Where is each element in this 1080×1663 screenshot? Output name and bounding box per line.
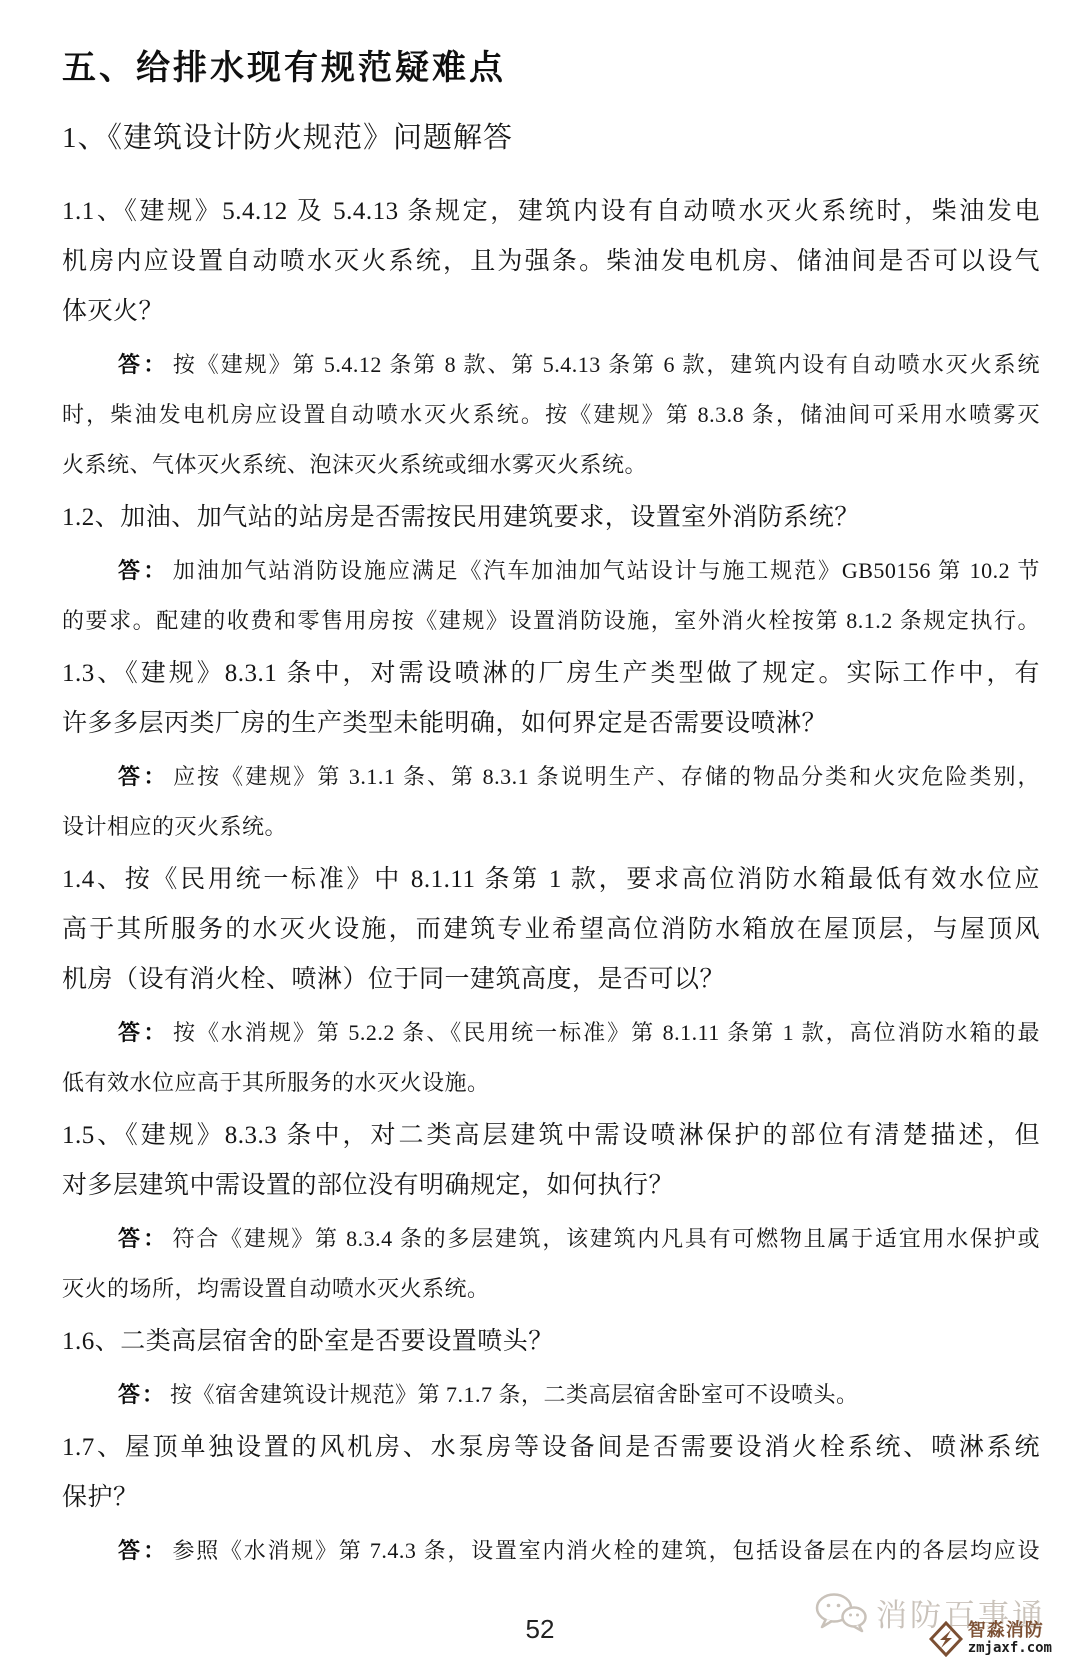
answer-paragraph: 答：按《宿舍建筑设计规范》第 7.1.7 条，二类高层宿舍卧室可不设喷头。 bbox=[62, 1370, 1040, 1420]
answer-label: 答： bbox=[118, 1538, 169, 1563]
answer-paragraph: 答：按《水消规》第 5.2.2 条、《民用统一标准》第 8.1.11 条第 1 … bbox=[62, 1008, 1040, 1108]
answer-label: 答： bbox=[118, 352, 169, 377]
text-line: 答：应按《建规》第 3.1.1 条、第 8.3.1 条说明生产、存储的物品分类和… bbox=[62, 752, 1040, 802]
answer-paragraph: 答：加油加气站消防设施应满足《汽车加油加气站设计与施工规范》GB50156 第 … bbox=[62, 546, 1040, 646]
question-paragraph: 1.2、加油、加气站的站房是否需按民用建筑要求，设置室外消防系统？ bbox=[62, 493, 1040, 543]
document-content: 五、给排水现有规范疑难点 1、《建筑设计防火规范》问题解答 1.1、《建规》5.… bbox=[0, 0, 1080, 1576]
text-line: 保护？ bbox=[62, 1473, 1040, 1523]
question-paragraph: 1.4、按《民用统一标准》中 8.1.11 条第 1 款，要求高位消防水箱最低有… bbox=[62, 855, 1040, 1005]
answer-paragraph: 答：按《建规》第 5.4.12 条第 8 款、第 5.4.13 条第 6 款，建… bbox=[62, 340, 1040, 490]
answer-label: 答： bbox=[118, 558, 169, 583]
text-line: 火系统、气体灭火系统、泡沫灭火系统或细水雾灭火系统。 bbox=[62, 440, 1040, 490]
text-line: 对多层建筑中需设置的部位没有明确规定，如何执行？ bbox=[62, 1161, 1040, 1211]
zmjaxf-diamond-logo-icon bbox=[929, 1621, 963, 1657]
wechat-bubbles-icon bbox=[814, 1592, 868, 1634]
text-line: 低有效水位应高于其所服务的水灭火设施。 bbox=[62, 1058, 1040, 1108]
text-line: 灭火的场所，均需设置自动喷水灭火系统。 bbox=[62, 1264, 1040, 1314]
brand-name: 智淼消防 bbox=[968, 1621, 1052, 1641]
text-line: 答：参照《水消规》第 7.4.3 条，设置室内消火栓的建筑，包括设备层在内的各层… bbox=[62, 1526, 1040, 1576]
answer-paragraph: 答：应按《建规》第 3.1.1 条、第 8.3.1 条说明生产、存储的物品分类和… bbox=[62, 752, 1040, 852]
text-line: 1.2、加油、加气站的站房是否需按民用建筑要求，设置室外消防系统？ bbox=[62, 493, 1040, 543]
document-page: 五、给排水现有规范疑难点 1、《建筑设计防火规范》问题解答 1.1、《建规》5.… bbox=[0, 0, 1080, 1663]
text-line: 1.5、《建规》8.3.3 条中，对二类高层建筑中需设喷淋保护的部位有清楚描述，… bbox=[62, 1111, 1040, 1161]
question-paragraph: 1.3、《建规》8.3.1 条中，对需设喷淋的厂房生产类型做了规定。实际工作中，… bbox=[62, 649, 1040, 749]
qa-list: 1.1、《建规》5.4.12 及 5.4.13 条规定，建筑内设有自动喷水灭火系… bbox=[62, 187, 1040, 1576]
text-line: 1.3、《建规》8.3.1 条中，对需设喷淋的厂房生产类型做了规定。实际工作中，… bbox=[62, 649, 1040, 699]
question-paragraph: 1.1、《建规》5.4.12 及 5.4.13 条规定，建筑内设有自动喷水灭火系… bbox=[62, 187, 1040, 337]
text-line: 机房（设有消火栓、喷淋）位于同一建筑高度，是否可以？ bbox=[62, 955, 1040, 1005]
text-line: 高于其所服务的水灭火设施，而建筑专业希望高位消防水箱放在屋顶层，与屋顶风 bbox=[62, 905, 1040, 955]
answer-label: 答： bbox=[118, 1226, 169, 1251]
answer-paragraph: 答：符合《建规》第 8.3.4 条的多层建筑，该建筑内凡具有可燃物且属于适宜用水… bbox=[62, 1214, 1040, 1314]
answer-label: 答： bbox=[118, 1020, 169, 1045]
brand-url: zmjaxf.com bbox=[968, 1641, 1052, 1656]
text-line: 1.6、二类高层宿舍的卧室是否要设置喷头？ bbox=[62, 1317, 1040, 1367]
text-line: 答：按《水消规》第 5.2.2 条、《民用统一标准》第 8.1.11 条第 1 … bbox=[62, 1008, 1040, 1058]
answer-label: 答： bbox=[118, 1382, 166, 1407]
page-title: 五、给排水现有规范疑难点 bbox=[62, 46, 1040, 90]
text-line: 设计相应的灭火系统。 bbox=[62, 802, 1040, 852]
answer-paragraph: 答：参照《水消规》第 7.4.3 条，设置室内消火栓的建筑，包括设备层在内的各层… bbox=[62, 1526, 1040, 1576]
text-line: 答：按《宿舍建筑设计规范》第 7.1.7 条，二类高层宿舍卧室可不设喷头。 bbox=[62, 1370, 1040, 1420]
text-line: 答：加油加气站消防设施应满足《汽车加油加气站设计与施工规范》GB50156 第 … bbox=[62, 546, 1040, 596]
question-paragraph: 1.5、《建规》8.3.3 条中，对二类高层建筑中需设喷淋保护的部位有清楚描述，… bbox=[62, 1111, 1040, 1211]
text-line: 许多多层丙类厂房的生产类型未能明确，如何界定是否需要设喷淋？ bbox=[62, 699, 1040, 749]
text-line: 1.4、按《民用统一标准》中 8.1.11 条第 1 款，要求高位消防水箱最低有… bbox=[62, 855, 1040, 905]
text-line: 答：符合《建规》第 8.3.4 条的多层建筑，该建筑内凡具有可燃物且属于适宜用水… bbox=[62, 1214, 1040, 1264]
text-line: 1.7、屋顶单独设置的风机房、水泵房等设备间是否需要设消火栓系统、喷淋系统 bbox=[62, 1423, 1040, 1473]
question-paragraph: 1.6、二类高层宿舍的卧室是否要设置喷头？ bbox=[62, 1317, 1040, 1367]
text-line: 时，柴油发电机房应设置自动喷水灭火系统。按《建规》第 8.3.8 条，储油间可采… bbox=[62, 390, 1040, 440]
text-line: 1.1、《建规》5.4.12 及 5.4.13 条规定，建筑内设有自动喷水灭火系… bbox=[62, 187, 1040, 237]
text-line: 体灭火？ bbox=[62, 287, 1040, 337]
text-line: 的要求。配建的收费和零售用房按《建规》设置消防设施，室外消火栓按第 8.1.2 … bbox=[62, 596, 1040, 646]
question-paragraph: 1.7、屋顶单独设置的风机房、水泵房等设备间是否需要设消火栓系统、喷淋系统保护？ bbox=[62, 1423, 1040, 1523]
brand-watermark: 智淼消防 zmjaxf.com bbox=[929, 1621, 1052, 1657]
text-line: 机房内应设置自动喷水灭火系统，且为强条。柴油发电机房、储油间是否可以设气 bbox=[62, 237, 1040, 287]
section-heading: 1、《建筑设计防火规范》问题解答 bbox=[62, 117, 1040, 159]
text-line: 答：按《建规》第 5.4.12 条第 8 款、第 5.4.13 条第 6 款，建… bbox=[62, 340, 1040, 390]
answer-label: 答： bbox=[118, 764, 169, 789]
